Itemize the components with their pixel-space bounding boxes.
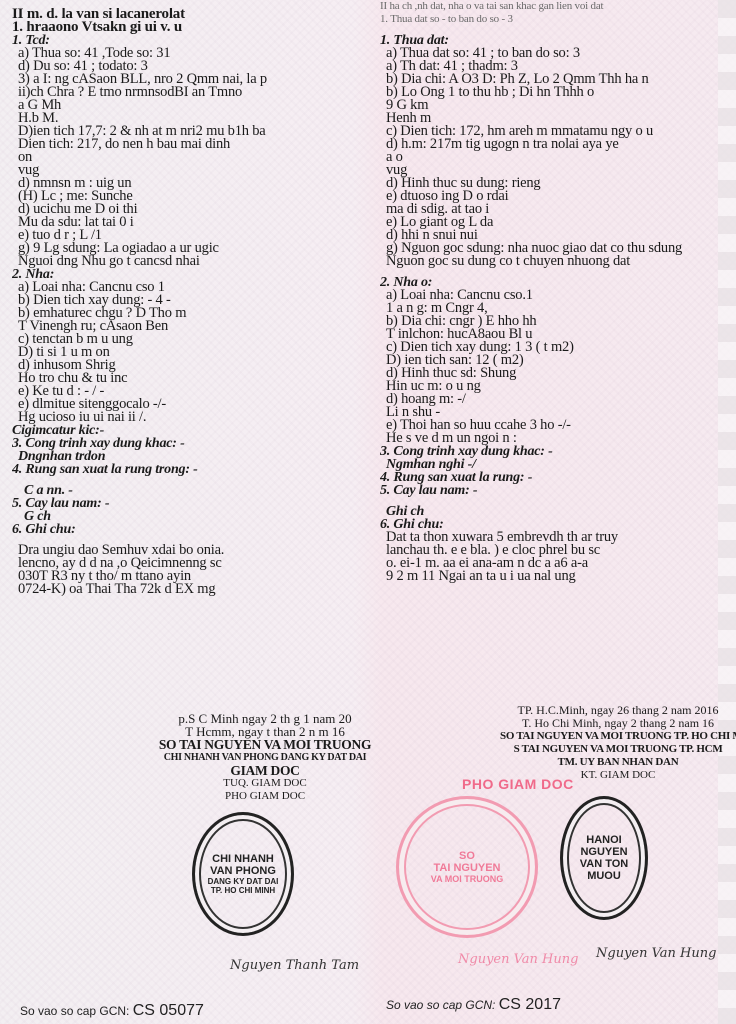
document-line: a) Thua so: 41 ,Tode so: 31 xyxy=(12,47,362,60)
right-section-3-sub: Ngmhan nghi -/ xyxy=(380,458,730,471)
document-line: Nguon goc su dung co t chuyen nhuong dat xyxy=(380,255,730,268)
right-register-label: So vao so cap GCN: xyxy=(386,998,495,1012)
left-register-label: So vao so cap GCN: xyxy=(20,1004,129,1018)
document-line: c) Dien tich: 172, hm areh m mmatamu ngy… xyxy=(380,125,730,138)
right-section-2-lines: a) Loai nha: Cancnu cso.11 a n g: m Cngr… xyxy=(380,289,730,445)
black-stamp-line-3: VAN TON xyxy=(580,858,629,870)
right-section-6-label: 6. Ghi chu: xyxy=(380,518,730,531)
left-section-4-sub: Dngnhan trdon xyxy=(12,450,362,463)
left-official-stamp: CHI NHANH VAN PHONG DANG KY DAT DAI TP. … xyxy=(192,812,294,936)
right-section-2-label: 2. Nha o: xyxy=(380,276,730,289)
document-line: Li n shu - xyxy=(380,406,730,419)
document-line: Ho tro chu & tu inc xyxy=(12,372,362,385)
document-line: d) Hinh thuc su dung: rieng xyxy=(380,177,730,190)
document-line: c) tenctan b m u ung xyxy=(12,333,362,346)
left-signer-name: Nguyen Thanh Tam xyxy=(230,958,359,973)
black-stamp-line-4: MUOU xyxy=(587,870,621,882)
right-section-4-label: 4. Rung san xuat la rung: - xyxy=(380,471,730,484)
left-role-1: GIAM DOC xyxy=(150,764,380,777)
right-signature-block: TP. H.C.Minh, ngay 26 thang 2 nam 2016 T… xyxy=(500,704,736,782)
document-line: D)ien tich 17,7: 2 & nh at m nri2 mu b1h… xyxy=(12,125,362,138)
right-notes: Dat ta thon xuwara 5 embrevdh th ar truy… xyxy=(380,531,730,583)
document-line: d) inhusom Shrig xyxy=(12,359,362,372)
document-line: b) emhaturec chgu ? D Tho m xyxy=(12,307,362,320)
right-heading-2: 1. Thua dat so - to ban do so - 3 xyxy=(380,13,730,26)
right-role-1: TM. UY BAN NHAN DAN xyxy=(500,756,736,769)
document-line: e) Thoi han so huu ccahe 3 ho -/- xyxy=(380,419,730,432)
document-line: b) Lo Ong 1 to thu hb ; Di hn Thhh o xyxy=(380,86,730,99)
document-line: vug xyxy=(12,164,362,177)
left-section-2-label: 2. Nha: xyxy=(12,268,362,281)
black-stamp-line-2: NGUYEN xyxy=(580,846,627,858)
document-line: Hg ucioso iu ui nai ii /. xyxy=(12,411,362,424)
document-line: d) Du so: 41 ; todato: 3 xyxy=(12,60,362,73)
left-section-3-label: 3. Cong trinh xay dung khac: - xyxy=(12,437,362,450)
document-line: e) Ke tu d : - / - xyxy=(12,385,362,398)
right-section-1-label: 1. Thua dat: xyxy=(380,34,730,47)
document-line: d) hoang m: -/ xyxy=(380,393,730,406)
red-stamp-line-3: VA MOI TRUONG xyxy=(431,874,504,884)
document-line: lencno, ay d d na ,o Qeicimnenng sc xyxy=(12,557,362,570)
right-black-stamp: HANOI NGUYEN VAN TON MUOU xyxy=(560,796,648,920)
document-line: T inlchon: hucA8aou Bl u xyxy=(380,328,730,341)
document-line: o. ei-1 m. aa ei ana-am n dc a a6 a-a xyxy=(380,557,730,570)
document-line: (H) Lc ; me: Sunche xyxy=(12,190,362,203)
document-line: b) Dien tich xay dung: - 4 - xyxy=(12,294,362,307)
red-stamp-line-1: SO xyxy=(459,850,475,862)
document-line: d) Hinh thuc sd: Shung xyxy=(380,367,730,380)
right-section-1-lines: a) Thua dat so: 41 ; to ban do so: 3a) T… xyxy=(380,47,730,268)
document-line: ii)ch Chra ? E tmo nrmnsodBI an Tmno xyxy=(12,86,362,99)
document-line: 9 G km xyxy=(380,99,730,112)
left-section-1-lines: a) Thua so: 41 ,Tode so: 31d) Du so: 41 … xyxy=(12,47,362,268)
document-line: Dat ta thon xuwara 5 embrevdh th ar truy xyxy=(380,531,730,544)
left-role-2: TUQ. GIAM DOC xyxy=(150,777,380,790)
document-line: on xyxy=(12,151,362,164)
left-section-4-label: 4. Rung san xuat la rung trong: - xyxy=(12,463,362,476)
document-line: g) 9 Lg sdung: La ogiadao a ur ugic xyxy=(12,242,362,255)
left-org-1: SO TAI NGUYEN VA MOI TRUONG xyxy=(150,738,380,751)
document-line: a G Mh xyxy=(12,99,362,112)
right-role-title-red: PHO GIAM DOC xyxy=(462,776,574,792)
document-line: Henh m xyxy=(380,112,730,125)
document-line: 0724-K) oa Thai Tha 72k d EX mg xyxy=(12,583,362,596)
document-line: Hin uc m: o u ng xyxy=(380,380,730,393)
document-line: e) dtuoso ing D o rdai xyxy=(380,190,730,203)
right-heading-1: II ha ch ,nh dat, nha o va tai san khac … xyxy=(380,0,730,13)
document-line: d) nmnsn m : uig un xyxy=(12,177,362,190)
right-date-2: T. Ho Chi Minh, ngay 2 thang 2 nam 16 xyxy=(500,717,736,730)
document-line: d) h.m: 217m tig ugogn n tra nolai aya y… xyxy=(380,138,730,151)
black-stamp-line-1: HANOI xyxy=(586,834,621,846)
left-heading-1: II m. d. la van si lacanerolat xyxy=(12,8,362,21)
document-line: Mu da sdu: lat tai 0 i xyxy=(12,216,362,229)
right-section-6-sub: Ghi ch xyxy=(380,505,730,518)
right-register-number: So vao so cap GCN: CS 2017 xyxy=(386,996,561,1014)
document-line: H.b M. xyxy=(12,112,362,125)
right-register-value: CS 2017 xyxy=(499,996,561,1013)
document-line: d) hhi n snui nui xyxy=(380,229,730,242)
left-stamp-line-3: DANG KY DAT DAI xyxy=(208,877,279,886)
left-stamp-line-4: TP. HO CHI MINH xyxy=(211,886,275,895)
left-column: II m. d. la van si lacanerolat 1. hraaon… xyxy=(12,0,362,596)
document-line: ma di sdig. at tao i xyxy=(380,203,730,216)
document-line: a) Loai nha: Cancnu cso.1 xyxy=(380,289,730,302)
document-line: e) Lo giant og L da xyxy=(380,216,730,229)
document-line: D) ien tich san: 12 ( m2) xyxy=(380,354,730,367)
document-line: He s ve d m un ngoi n : xyxy=(380,432,730,445)
right-section-3-label: 3. Cong trinh xay dung khac: - xyxy=(380,445,730,458)
left-stamp-line-1: CHI NHANH xyxy=(212,853,274,865)
right-section-5-label: 5. Cay lau nam: - xyxy=(380,484,730,497)
left-section-5-sub: C a nn. - xyxy=(12,484,362,497)
document-line: Dien tich: 217, do nen h bau mai dinh xyxy=(12,138,362,151)
document-line: a o xyxy=(380,151,730,164)
document-line: D) ti si 1 u m on xyxy=(12,346,362,359)
right-signer-name-print: Nguyen Van Hung xyxy=(458,952,578,967)
document-line: c) Dien tich xay dung: 1 3 ( t m2) xyxy=(380,341,730,354)
right-signer-signature: Nguyen Van Hung xyxy=(596,946,716,961)
left-section-1-label: 1. Tcd: xyxy=(12,34,362,47)
left-notes: Dra ungiu dao Semhuv xdai bo onia.lencno… xyxy=(12,544,362,596)
document-line: b) Dia chi: cngr ) E hho hh xyxy=(380,315,730,328)
left-heading-2: 1. hraaono Vtsakn gi ui v. u xyxy=(12,21,362,34)
left-section-5-label: 5. Cay lau nam: - xyxy=(12,497,362,510)
document-line: Nguoi dng Nhu go t cancsd nhai xyxy=(12,255,362,268)
document-line: b) Dia chi: A O3 D: Ph Z, Lo 2 Qmm Thh h… xyxy=(380,73,730,86)
document-line: 1 a n g: m Cngr 4, xyxy=(380,302,730,315)
document-line: 9 2 m 11 Ngai an ta u i ua nal ung xyxy=(380,570,730,583)
document-line: vug xyxy=(380,164,730,177)
document-line: e) dlmitue sitenggocalo -/- xyxy=(12,398,362,411)
document-line: T Vinengh ru; cAsaon Ben xyxy=(12,320,362,333)
left-stamp-line-2: VAN PHONG xyxy=(210,865,276,877)
document-line: a) Thua dat so: 41 ; to ban do so: 3 xyxy=(380,47,730,60)
document-line: 3) a I: ng cASaon BLL, nro 2 Qmm nai, la… xyxy=(12,73,362,86)
left-signature-block: p.S C Minh ngay 2 th g 1 nam 20 T Hcmm, … xyxy=(150,712,380,803)
document-line: lanchau th. e e bla. ) e cloc phrel bu s… xyxy=(380,544,730,557)
red-stamp-line-2: TAI NGUYEN xyxy=(433,862,500,874)
left-register-number: So vao so cap GCN: CS 05077 xyxy=(20,1002,204,1020)
document-line: d) ucichu me D oi thi xyxy=(12,203,362,216)
document-line: a) Loai nha: Cancnu cso 1 xyxy=(12,281,362,294)
right-org-2: S TAI NGUYEN VA MOI TRUONG TP. HCM xyxy=(500,743,736,756)
right-org-1: SO TAI NGUYEN VA MOI TRUONG TP. HO CHI M… xyxy=(500,730,736,743)
left-register-value: CS 05077 xyxy=(133,1002,204,1019)
document-line: Dra ungiu dao Semhuv xdai bo onia. xyxy=(12,544,362,557)
left-section-3-sub: Cigimcatur kic:- xyxy=(12,424,362,437)
document-line: e) tuo d r ; L /1 xyxy=(12,229,362,242)
right-red-stamp: SO TAI NGUYEN VA MOI TRUONG xyxy=(396,796,538,938)
document-line: 030T R3 ny t tho/ m ttano ayin xyxy=(12,570,362,583)
left-role-3: PHO GIAM DOC xyxy=(150,790,380,803)
right-column: II ha ch ,nh dat, nha o va tai san khac … xyxy=(380,0,730,583)
document-line: a) Th dat: 41 ; thadm: 3 xyxy=(380,60,730,73)
left-section-2-lines: a) Loai nha: Cancnu cso 1b) Dien tich xa… xyxy=(12,281,362,424)
left-section-6-sub: G ch xyxy=(12,510,362,523)
document-line: g) Nguon goc sdung: nha nuoc giao dat co… xyxy=(380,242,730,255)
left-section-6-label: 6. Ghi chu: xyxy=(12,523,362,536)
